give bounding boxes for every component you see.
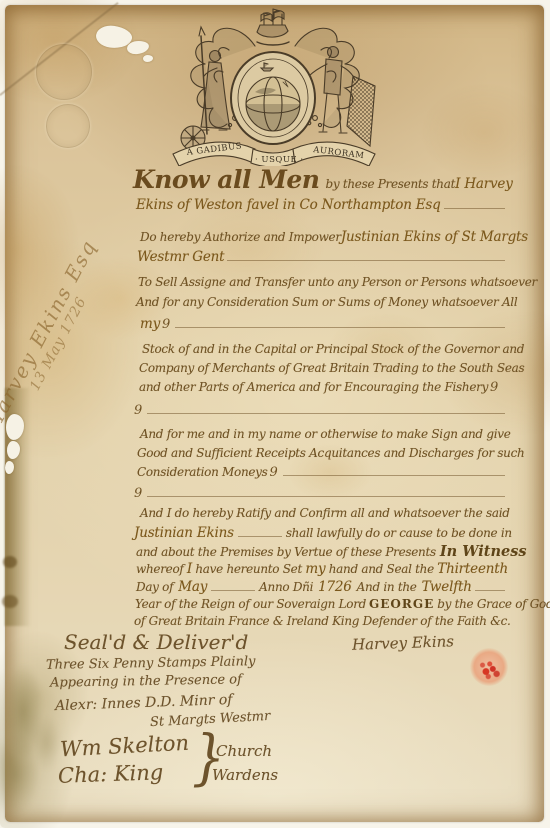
deed-line-reign1: Year of the Reign of our Soveraign Lord … <box>135 597 508 611</box>
reign-text-a: Year of the Reign of our Soveraign Lord <box>135 597 366 611</box>
ink-rule <box>227 260 505 261</box>
wardens-label-1: Church <box>216 742 272 760</box>
deed-line-receipts3: Consideration Moneys 9 <box>137 465 508 480</box>
grantor-name-fill: I Harvey <box>455 176 513 192</box>
deed-line-consideration: And for any Consideration Sum or Sums of… <box>136 295 508 309</box>
deed-line-receipts1: And for me and in my name or otherwise t… <box>140 427 508 441</box>
anno-text: Anno Dñi <box>259 580 313 594</box>
ratify-text-3: and about the Premises by Vertue of thes… <box>136 545 436 559</box>
sealed-delivered: Seal'd & Deliver'd <box>64 630 248 654</box>
reign-text-b: by the Grace of God <box>437 597 550 611</box>
deed-line-my: my 9 <box>140 316 508 332</box>
ink-rule <box>175 327 505 328</box>
grantor-signature: Harvey Ekins <box>352 632 455 654</box>
ink-blot <box>2 595 18 608</box>
ink-flourish: 9 <box>270 465 278 480</box>
stock-text-1: Stock of and in the Capital or Principal… <box>142 342 524 356</box>
opening-mid: by these Presents that <box>325 177 455 191</box>
deed-line-receipts2: Good and Sufficient Receipts Acquitances… <box>137 446 508 460</box>
year-fill: 1726 <box>318 579 352 595</box>
deed-line-stock1: Stock of and in the Capital or Principal… <box>142 342 508 356</box>
deed-line-authorize: Do hereby Authorize and Impower Justinia… <box>140 229 508 245</box>
receipts-text-2: Good and Sufficient Receipts Acquitances… <box>137 446 524 460</box>
attorney-name-fill: Justinian Ekins of St Margts <box>341 229 528 245</box>
day-of-text: Day of <box>136 580 173 594</box>
embossed-duty-stamp <box>36 44 92 100</box>
deed-line-reign2: of Great Britain France & Ireland King D… <box>134 614 508 628</box>
regnal-year-fill: Twelfth <box>422 579 472 595</box>
ink-rule <box>283 475 505 476</box>
deed-line-opening: Know all Men by these Presents that I Ha… <box>133 165 508 194</box>
deed-line-stock3: and other Parts of America and for Encou… <box>139 380 508 395</box>
day-fill: Thirteenth <box>437 561 508 577</box>
stock-text-3: and other Parts of America and for Encou… <box>139 380 488 394</box>
deed-line-witness: whereof I have hereunto Set my hand and … <box>136 561 508 577</box>
in-witness-words: In Witness <box>440 543 527 560</box>
deed-rule-1: 9 <box>132 403 508 418</box>
deed-line-stock2: Company of Merchants of Great Britain Tr… <box>139 361 508 375</box>
reign-text-2: of Great Britain France & Ireland King D… <box>134 614 511 628</box>
ink-flourish: 9 <box>134 403 142 418</box>
embossed-duty-stamp <box>46 104 90 148</box>
authorize-text: Do hereby Authorize and Impower <box>140 230 341 244</box>
deed-line-ratify1: And I do hereby Ratify and Confirm all a… <box>140 506 508 520</box>
stock-text-2: Company of Merchants of Great Britain Tr… <box>139 361 524 375</box>
receipts-text-1: And for me and in my name or otherwise t… <box>140 427 511 441</box>
motto-center: · USQUE · <box>255 155 304 165</box>
red-wax-seal <box>470 648 508 686</box>
ink-rule <box>147 496 505 497</box>
month-fill: May <box>178 579 207 595</box>
ink-rule <box>444 208 505 209</box>
deed-rule-2: 9 <box>132 486 508 501</box>
witness-text-a: whereof <box>136 562 184 576</box>
fill-my: my <box>305 561 325 577</box>
deed-line-ratify3: and about the Premises by Vertue of thes… <box>136 543 508 560</box>
ink-flourish: 9 <box>490 380 498 395</box>
ratify-text-2: shall lawfully do or cause to be done in <box>286 526 512 540</box>
deed-line-date: Day of May Anno Dñi 1726 And in the Twel… <box>136 579 508 595</box>
ink-rule-short <box>238 536 282 537</box>
my-fill: my <box>140 316 160 332</box>
witness-text-c: hand and Seal the <box>329 562 434 576</box>
receipts-text-3: Consideration Moneys <box>137 465 268 479</box>
deed-line-attorney2: Westmr Gent <box>137 249 508 265</box>
ship-crest <box>257 9 289 45</box>
ratify-text-1: And I do hereby Ratify and Confirm all a… <box>140 506 510 520</box>
sell-text: To Sell Assigne and Transfer unto any Pe… <box>138 275 537 289</box>
scanned-deed-page: A GADIBUS · USQUE · AURORAM Harvey Ekins… <box>0 0 550 828</box>
fill-I: I <box>187 561 192 577</box>
deed-line-grantor: Ekins of Weston favel in Co Northampton … <box>136 197 508 213</box>
south-sea-company-coat-of-arms: A GADIBUS · USQUE · AURORAM <box>157 6 393 166</box>
ink-rule-short <box>211 590 255 591</box>
ink-flourish: 9 <box>134 486 142 501</box>
ink-blot <box>3 556 17 568</box>
opening-words: Know all Men <box>133 165 319 194</box>
witness-text-b: have hereunto Set <box>195 562 302 576</box>
grantor-detail-fill: Ekins of Weston favel in Co Northampton … <box>136 197 441 213</box>
deed-line-ratify2: Justinian Ekins shall lawfully do or cau… <box>134 525 508 541</box>
and-in-text: And in the <box>357 580 417 594</box>
attorney-name-fill-2: Justinian Ekins <box>134 525 234 541</box>
attorney-place-fill: Westmr Gent <box>137 249 224 265</box>
churchwarden-signature-2: Cha: King <box>58 760 164 788</box>
ink-flourish: 9 <box>162 317 170 332</box>
deed-line-sell: To Sell Assigne and Transfer unto any Pe… <box>138 275 508 289</box>
ink-rule <box>147 413 505 414</box>
king-name: GEORGE <box>369 597 434 611</box>
ink-rule <box>475 590 505 591</box>
wardens-label-2: Wardens <box>212 766 278 784</box>
consideration-text: And for any Consideration Sum or Sums of… <box>136 295 517 309</box>
globe-shield <box>231 52 315 144</box>
